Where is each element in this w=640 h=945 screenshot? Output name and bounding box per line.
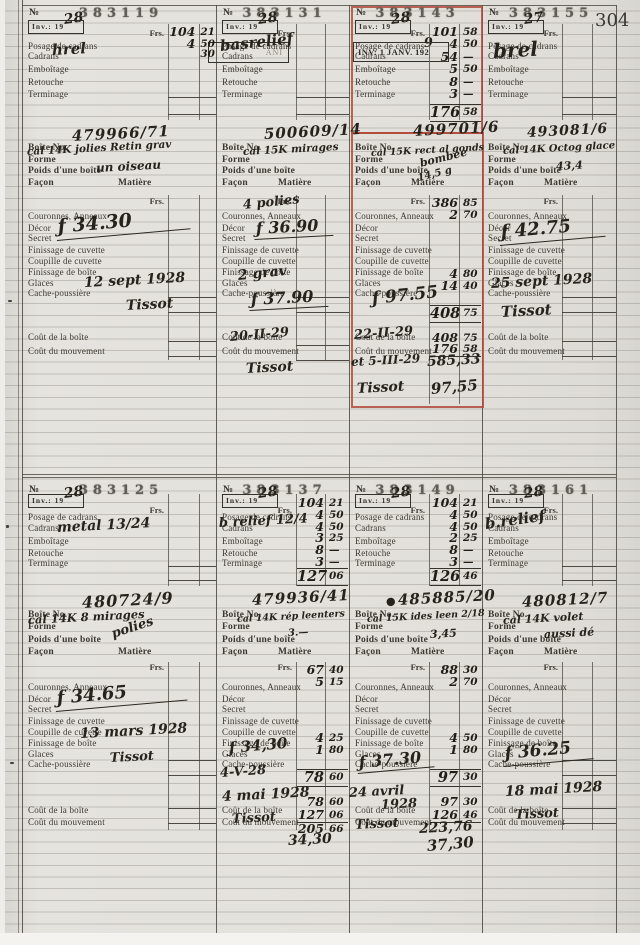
card-divider: [216, 5, 217, 933]
francs-value: [169, 48, 197, 61]
row-label-coupille: Coupille de cuvette: [355, 256, 429, 266]
row-label-fin_cuvette: Finissage de cuvette: [28, 245, 105, 255]
money-box-rule: [168, 580, 216, 581]
row-label-poids: Poids d'une boîte: [28, 635, 101, 645]
money-column-rule: [325, 24, 326, 120]
centimes-value: 21: [197, 26, 215, 39]
money-box-rule: [562, 823, 616, 824]
francs-label: Frs.: [266, 662, 292, 672]
centimes-value: 75: [460, 306, 481, 322]
row-label-coupille: Coupille de cuvette: [355, 727, 429, 737]
money-box-rule: [562, 775, 616, 776]
row-label-emboitage: Emboîtage: [222, 536, 263, 546]
row-label-fin_cuvette: Finissage de cuvette: [355, 245, 432, 255]
money-box-rule: [168, 566, 216, 567]
row-label-glaces: Glaces: [28, 749, 54, 759]
money-box-rule: [562, 297, 616, 298]
row-label-facon: Façon: [355, 178, 381, 188]
row-label-secret: Secret: [355, 233, 379, 243]
inv-year-handwritten: 28: [257, 10, 278, 27]
money-column-rule: [562, 494, 563, 586]
row-label-facon: Façon: [28, 647, 54, 657]
inv-label: Inv.: 19: [359, 22, 391, 31]
row-label-matiere: Matière: [278, 647, 311, 657]
handwriting-note: ƒ 36.90: [254, 217, 333, 240]
handwriting-note: 3.—: [288, 628, 309, 639]
handwriting-note: 12 sept 1928: [84, 271, 186, 290]
row-label-retouche: Retouche: [488, 548, 524, 558]
row-label-retouche: Retouche: [28, 548, 64, 558]
row-label-coupille: Coupille de cuvette: [488, 256, 562, 266]
row-label-facon: Façon: [488, 647, 514, 657]
francs-label: Frs.: [138, 28, 164, 38]
row-label-retouche: Retouche: [222, 77, 258, 87]
row-label-decor: Décor: [488, 694, 511, 704]
handwriting-note: Tissot: [232, 811, 277, 826]
inv-label: Inv.: 19: [492, 496, 524, 505]
centimes-value: 30: [197, 48, 215, 61]
handwriting-note: 18 mai 1928: [505, 780, 603, 799]
centimes-value: 80: [460, 744, 481, 757]
boite-no-value: 499701/6: [413, 119, 500, 139]
row-label-poids: Poids d'une boîte: [222, 166, 295, 176]
money-box-rule: [296, 97, 349, 98]
row-label-matiere: Matière: [278, 178, 311, 188]
row-label-coupille: Coupille de cuvette: [488, 727, 562, 737]
card-number-stamp: 383155: [498, 6, 604, 21]
handwriting-note: cal 14K volet: [503, 611, 584, 626]
card-number-stamp: 383131: [232, 6, 337, 21]
row-label-facon: Façon: [355, 647, 381, 657]
francs-label: Frs.: [399, 28, 425, 38]
row-label-retouche: Retouche: [355, 548, 391, 558]
francs-label: Frs.: [138, 196, 164, 206]
row-label-emboitage: Emboîtage: [488, 536, 529, 546]
inv-year-handwritten: 28: [523, 484, 544, 501]
handwriting-note: 3,45: [430, 628, 457, 640]
boite-no-value: 493081/6: [527, 122, 609, 140]
handwriting-note: un oiseau: [96, 159, 162, 174]
row-label-decor: Décor: [355, 223, 378, 233]
handwriting-note: 1928: [381, 797, 418, 812]
ink-mark: [8, 300, 12, 302]
row-label-matiere: Matière: [118, 178, 151, 188]
row-label-secret: Secret: [28, 704, 52, 714]
handwriting-note: ƒ 37.30: [356, 748, 434, 774]
row-label-poids: Poids d'une boîte: [488, 166, 561, 176]
row-label-facon: Façon: [488, 178, 514, 188]
handwriting-note: hrel: [52, 41, 87, 58]
row-label-emboitage: Emboîtage: [28, 64, 69, 74]
inv-year-handwritten: 28: [390, 484, 411, 501]
handwriting-note: metal 13/24: [57, 516, 151, 535]
inv-label: Inv.: 19: [226, 22, 258, 31]
handwriting-note: 25 sept 1928: [491, 272, 593, 291]
row-label-cout-boite: Coût de la boîte: [28, 805, 88, 815]
centimes-value: 70: [460, 209, 481, 222]
money-row: 180: [297, 744, 348, 757]
money-box-rule: [168, 312, 216, 313]
handwriting-note: cal 15K mirages: [243, 142, 339, 157]
money-box-rule: [562, 356, 616, 357]
row-label-fin_cuvette: Finissage de cuvette: [355, 716, 432, 726]
handwriting-note: 4-V-28: [220, 764, 267, 780]
money-column-rule: [296, 24, 297, 120]
handwriting-note: b relief 12/4: [219, 512, 308, 530]
francs-label: Frs.: [532, 196, 558, 206]
row-label-retouche: Retouche: [488, 77, 524, 87]
row-label-cout-mouvement: Coût du mouvement: [28, 817, 105, 827]
francs-value: 176: [430, 105, 460, 121]
centimes-value: 60: [326, 770, 348, 786]
row-label-secret: Secret: [355, 704, 379, 714]
money-box-rule: [296, 114, 349, 115]
inv-label: Inv.: 19: [359, 496, 391, 505]
row-label-posage: Posage de cadrans: [355, 512, 424, 522]
row-label-cadrans: Cadrans: [355, 51, 386, 61]
francs-value: 127: [297, 569, 326, 585]
centimes-value: —: [460, 51, 481, 64]
money-box-rule: [562, 808, 616, 809]
handwriting-note: ƒ 34,30: [228, 736, 288, 756]
centimes-value: —: [460, 88, 481, 101]
handwriting-note: 2 grav: [237, 264, 287, 283]
row-label-couronnes: Couronnes, Anneaux: [355, 211, 434, 221]
row-label-emboitage: Emboîtage: [355, 64, 396, 74]
money-box-rule: [562, 341, 616, 342]
inv-year-handwritten: 28: [257, 484, 278, 501]
inv-label: Inv.: 19: [32, 22, 64, 31]
money-column-rule: [592, 24, 593, 120]
money-box-rule: [296, 312, 349, 313]
row-label-poids: Poids d'une boîte: [355, 635, 428, 645]
handwriting-note: Tissot: [515, 807, 560, 822]
row-label-matiere: Matière: [411, 647, 444, 657]
francs-label: Frs.: [138, 662, 164, 672]
money-row: 180: [430, 744, 481, 757]
row-label-emboitage: Emboîtage: [488, 64, 529, 74]
money-box-rule: [168, 97, 216, 98]
row-label-terminage: Terminage: [355, 558, 395, 568]
inv-label: Inv.: 19: [32, 496, 64, 505]
row-label-poids: Poids d'une boîte: [222, 635, 295, 645]
handwriting-note: 34,30: [288, 832, 333, 848]
row-label-terminage: Terminage: [488, 558, 528, 568]
money-box-rule: [562, 580, 616, 581]
money-column-rule: [199, 662, 200, 830]
money-box-rule: [168, 356, 216, 357]
money-box-rule: [562, 312, 616, 313]
margin-rule: [18, 0, 19, 945]
money-row: 30: [169, 48, 215, 61]
handwriting-note: Tissot: [357, 380, 405, 396]
row-label-decor: Décor: [222, 694, 245, 704]
handwriting-note: 4 polies: [242, 193, 300, 212]
row-label-cout-boite: Coût de la boîte: [488, 332, 548, 342]
table-right-border: [616, 5, 617, 933]
handwriting-note: Tissot: [355, 817, 400, 832]
ink-mark: [10, 762, 14, 764]
money-column-rule: [199, 494, 200, 586]
margin-rule: [22, 0, 23, 945]
money-box-rule: [168, 114, 216, 115]
centimes-value: 40: [460, 280, 481, 293]
row-label-fin_cuvette: Finissage de cuvette: [488, 716, 565, 726]
row-label-couronnes: Couronnes, Anneaux: [355, 682, 434, 692]
row-label-emboitage: Emboîtage: [222, 64, 263, 74]
row-label-fin_boite: Finissage de boîte: [355, 738, 424, 748]
money-column-rule: [199, 195, 200, 360]
francs-value: 97: [430, 770, 460, 786]
francs-value: 408: [430, 306, 460, 322]
row-label-secret: Secret: [222, 704, 246, 714]
handwriting-note: 43,4: [556, 160, 583, 172]
row-label-glaces: Glaces: [355, 278, 381, 288]
numero-label: №: [223, 7, 233, 18]
ink-mark: [6, 525, 9, 528]
centimes-value: 30: [460, 796, 481, 809]
card-number-stamp: 383143: [365, 6, 470, 21]
numero-label: №: [29, 7, 39, 18]
handwriting-note: Tissot: [110, 750, 155, 765]
row-label-facon: Façon: [28, 178, 54, 188]
francs-label: Frs.: [399, 662, 425, 672]
row-label-terminage: Terminage: [28, 558, 68, 568]
money-column-rule: [592, 494, 593, 586]
money-row: 270: [430, 209, 481, 222]
row-label-couronnes: Couronnes, Anneaux: [488, 682, 567, 692]
row-label-emboitage: Emboîtage: [28, 536, 69, 546]
centimes-value: 50: [460, 38, 481, 51]
row-label-poids: Poids d'une boîte: [28, 166, 101, 176]
row-label-terminage: Terminage: [222, 89, 262, 99]
money-row: 12646: [430, 568, 481, 586]
money-row: 40875: [430, 305, 481, 323]
centimes-value: 15: [326, 676, 348, 689]
francs-value: 1: [430, 744, 460, 757]
centimes-value: 46: [460, 569, 481, 585]
centimes-value: 30: [460, 770, 481, 786]
row-label-couronnes: Couronnes, Anneaux: [222, 682, 301, 692]
handwriting-note: Tissot: [246, 360, 294, 376]
centimes-value: 58: [460, 26, 481, 39]
row-label-fin_cuvette: Finissage de cuvette: [222, 245, 299, 255]
row-label-coupille: Coupille de cuvette: [28, 256, 102, 266]
money-box-rule: [296, 345, 349, 346]
boite-no-value: 479936/41: [252, 588, 351, 608]
row-label-terminage: Terminage: [222, 558, 262, 568]
handwriting-note: 13 mars 1928: [80, 721, 188, 741]
money-row: 515: [297, 676, 348, 689]
row-label-cout-mouvement: Coût du mouvement: [222, 346, 299, 356]
francs-value: 2: [430, 209, 460, 222]
centimes-value: 60: [326, 796, 348, 809]
francs-value: 5: [297, 676, 326, 689]
money-row: 270: [430, 676, 481, 689]
centimes-value: —: [460, 76, 481, 89]
row-label-cache: Cache-poussière: [28, 759, 90, 769]
section-divider: [22, 474, 616, 475]
money-column-rule: [562, 24, 563, 120]
handwriting-note: Tissot: [126, 297, 174, 313]
row-label-cout-mouvement: Coût du mouvement: [488, 346, 565, 356]
francs-label: Frs.: [532, 662, 558, 672]
row-label-retouche: Retouche: [28, 77, 64, 87]
boite-no-dot: ●: [386, 596, 396, 607]
centimes-value: 50: [460, 63, 481, 76]
money-row: 9730: [430, 769, 481, 787]
inv-label: Inv.: 19: [226, 496, 258, 505]
row-label-matiere: Matière: [544, 178, 577, 188]
centimes-value: 06: [326, 809, 348, 822]
row-label-glaces: Glaces: [28, 278, 54, 288]
row-label-matiere: Matière: [544, 647, 577, 657]
boite-no-value: 480812/7: [522, 590, 609, 610]
money-box-rule: [168, 341, 216, 342]
page-left-edge: [0, 0, 5, 945]
inv-year-handwritten: 28: [63, 10, 84, 27]
row-label-posage: Posage de cadrans: [355, 41, 424, 51]
row-label-cout-mouvement: Coût du mouvement: [28, 346, 105, 356]
handwriting-note: 585,33: [427, 352, 481, 369]
centimes-value: 80: [326, 744, 348, 757]
row-label-terminage: Terminage: [355, 89, 395, 99]
francs-value: 3: [430, 88, 460, 101]
boite-no-value: 500609/14: [264, 122, 363, 142]
row-label-retouche: Retouche: [355, 77, 391, 87]
money-row: 3—: [430, 88, 481, 101]
money-box-rule: [562, 566, 616, 567]
inv-label: Inv.: 19: [492, 22, 524, 31]
row-label-terminage: Terminage: [28, 89, 68, 99]
row-label-terminage: Terminage: [488, 89, 528, 99]
inv-year-handwritten: 28: [63, 484, 84, 501]
centimes-value: 06: [326, 569, 348, 585]
francs-value: 1: [297, 744, 326, 757]
row-label-emboitage: Emboîtage: [355, 536, 396, 546]
handwriting-note: 97,55: [430, 378, 478, 397]
section-divider: [22, 477, 616, 478]
handwriting-note: Tissot: [501, 302, 552, 320]
row-label-secret: Secret: [28, 233, 52, 243]
row-label-cache: Cache-poussière: [28, 288, 90, 298]
row-label-facon: Façon: [222, 647, 248, 657]
row-label-retouche: Retouche: [222, 548, 258, 558]
row-label-facon: Façon: [222, 178, 248, 188]
money-row: 12706: [297, 568, 348, 586]
row-label-fin_cuvette: Finissage de cuvette: [222, 716, 299, 726]
money-box-rule: [562, 114, 616, 115]
row-label-decor: Décor: [28, 694, 51, 704]
francs-value: 2: [430, 676, 460, 689]
handwriting-note: ƒ 37.90: [249, 288, 328, 311]
row-label-cout-boite: Coût de la boîte: [28, 332, 88, 342]
money-box-rule: [168, 760, 216, 761]
row-label-decor: Décor: [222, 223, 245, 233]
money-box-rule: [562, 97, 616, 98]
ledger-page: 304 ANI INV: 1 JANV. 192 9 383119№Inv.: …: [0, 0, 640, 945]
handwriting-note: aussi dé: [544, 626, 595, 640]
money-box-rule: [168, 808, 216, 809]
row-label-decor: Décor: [355, 694, 378, 704]
money-box-rule: [168, 297, 216, 298]
money-box-rule: [168, 775, 216, 776]
francs-label: Frs.: [399, 196, 425, 206]
row-label-cadrans: Cadrans: [28, 523, 59, 533]
inv-year-handwritten: 28: [390, 10, 411, 27]
francs-label: Frs.: [138, 505, 164, 515]
row-label-fin_cuvette: Finissage de cuvette: [488, 245, 565, 255]
francs-value: 126: [430, 569, 460, 585]
row-label-secret: Secret: [222, 233, 246, 243]
row-label-cadrans: Cadrans: [355, 523, 386, 533]
handwriting-note: brel: [492, 39, 538, 61]
handwriting-note: et 5-III-29: [351, 352, 421, 368]
numero-label: №: [489, 7, 499, 18]
money-column-rule: [168, 494, 169, 586]
row-label-secret: Secret: [488, 704, 512, 714]
page-bottom-edge: [0, 933, 640, 945]
inv-year-handwritten: 27: [523, 10, 544, 27]
handwriting-note: 37,30: [426, 835, 474, 854]
money-box-rule: [168, 823, 216, 824]
money-column-rule: [459, 195, 460, 404]
row-label-fin_boite: Finissage de boîte: [355, 267, 424, 277]
numero-label: №: [356, 7, 366, 18]
row-label-decor: Décor: [28, 223, 51, 233]
handwriting-note: 22-II-29: [354, 325, 414, 342]
row-label-matiere: Matière: [118, 647, 151, 657]
handwriting-note: ƒ 36.25: [502, 738, 594, 767]
money-box-rule: [296, 360, 349, 361]
centimes-value: 70: [460, 676, 481, 689]
